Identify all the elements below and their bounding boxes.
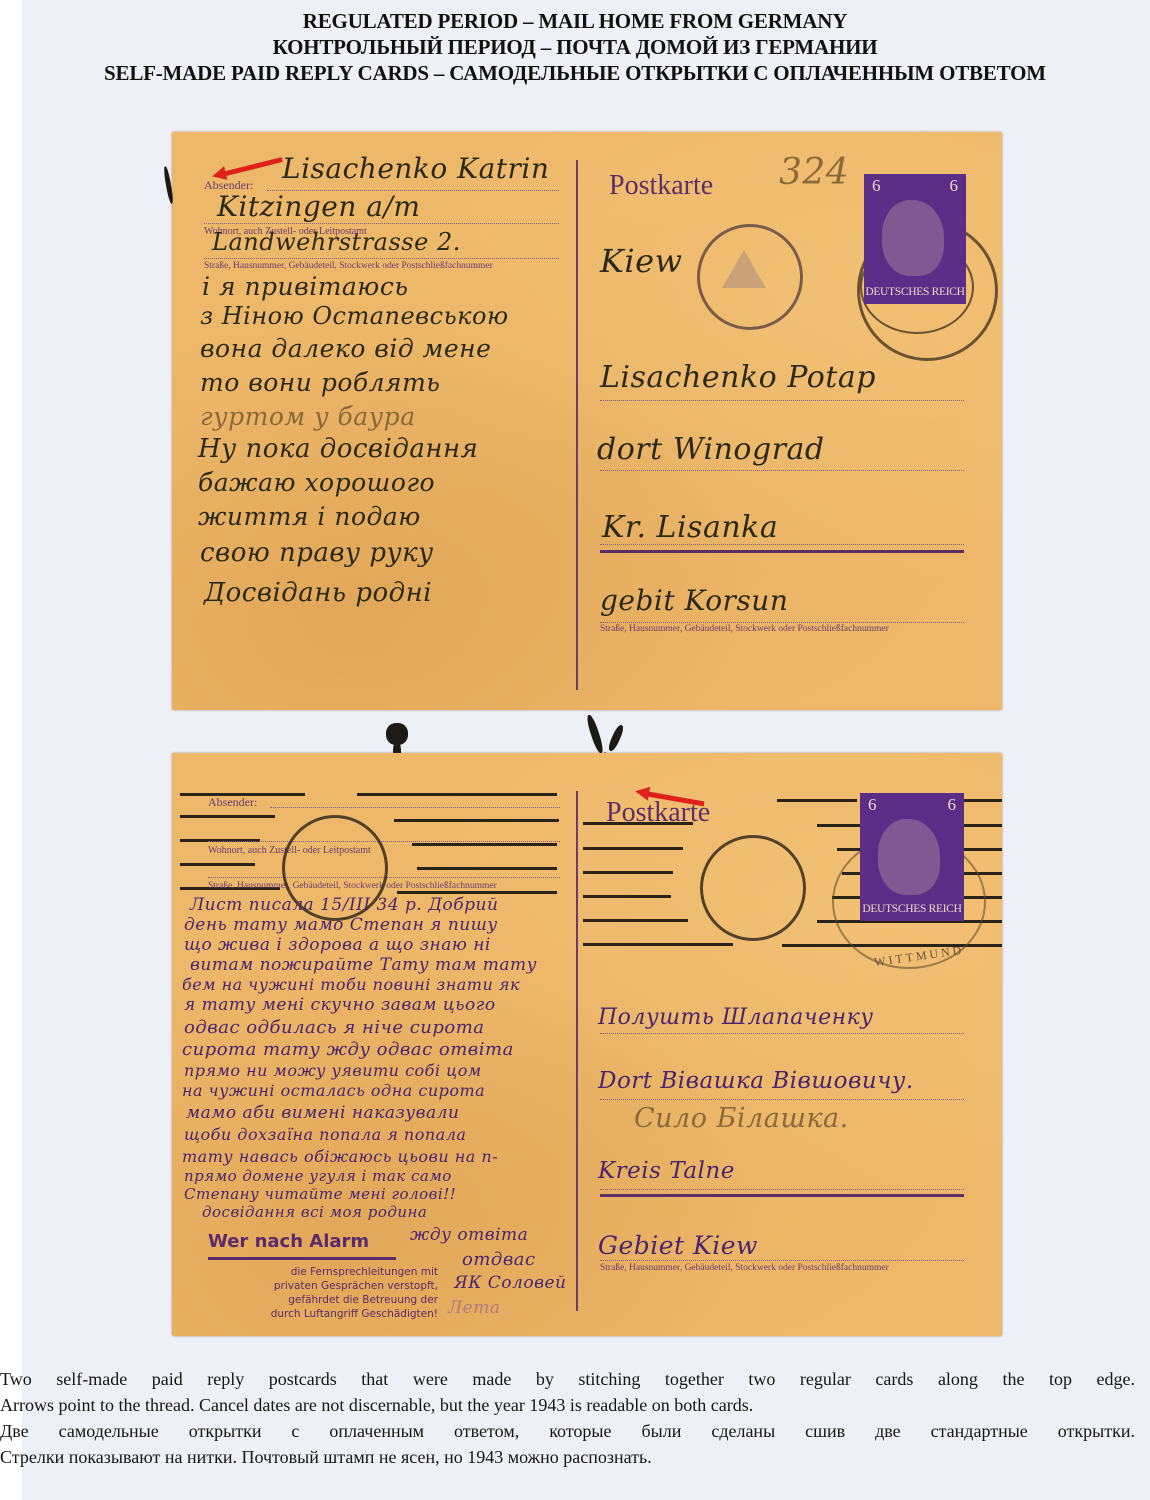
message-line: прямо домене угуля і так само [184,1167,452,1185]
caption-ru-2: Стрелки показывают на нитки. Почтовый шт… [0,1444,1135,1470]
dotted-rule [204,258,559,259]
dotted-rule [204,223,559,224]
notice-title: Wer nach Alarm [208,1231,369,1252]
message-line: вона далеко від мене [200,334,491,363]
dotted-rule [600,622,964,623]
dotted-rule [600,400,964,401]
address-line: Kreis Talne [598,1158,735,1184]
censor-circle [700,835,806,941]
notice-body: die Fernsprechleitungen mit privaten Ges… [242,1265,438,1321]
message-line: на чужині осталась одна сирота [182,1081,485,1100]
portrait-icon [878,819,940,895]
destination-city: Kiew [600,242,682,280]
stamp-value: 6 [868,795,877,815]
thread-arrow-icon [221,157,282,177]
message-line: з Ніною Остапевською [200,302,509,330]
notice-line: die Fernsprechleitungen mit [242,1265,438,1279]
message-line: отдвас [462,1249,536,1270]
postage-stamp: 6 6 DEUTSCHES REICH [864,174,966,304]
caption-en-2: Arrows point to the thread. Cancel dates… [0,1392,1135,1418]
address-line: Полушть Шлапаченку [598,1005,873,1030]
message-line: прямо ни можу уявити собі цом [184,1061,482,1080]
message-line: бем на чужині тоби повині знати як [182,975,520,994]
address-line: Сило Білашка. [634,1103,849,1134]
stamp-value: 6 [872,176,881,196]
portrait-icon [882,200,944,276]
notice-line: gefährdet die Betreuung der [242,1293,438,1307]
message-line: сирота тату жду одвас отвіта [182,1039,514,1060]
message-line: щоби дохзаїна попала я попала [184,1125,466,1144]
pencil-number: 324 [779,152,849,193]
dotted-rule [600,1099,964,1100]
message-line: Ну пока досвідання [198,434,478,464]
address-line: Dort Вівашка Вівшовичу. [598,1068,914,1094]
address-footer-label: Straße, Hausnummer, Gebäudeteil, Stockwe… [600,1263,889,1273]
dotted-rule [600,1260,964,1261]
sender-street: Landwehrstrasse 2. [212,228,461,256]
message-line: Лист писала 15/ІІІ 34 р. Добрий [190,895,498,915]
postkarte-title: Postkarte [609,170,713,202]
card-divider [576,160,578,690]
message-line: досвідання всі моя родина [202,1203,427,1221]
strasse-label: Straße, Hausnummer, Gebäudeteil, Stockwe… [204,261,493,271]
notice-underline [208,1257,396,1260]
solid-rule [600,1194,964,1197]
dotted-rule [600,544,964,545]
notice-line: durch Luftangriff Geschädigten! [242,1307,438,1321]
message-line: витам пожирайте Тату там тату [190,955,537,975]
solid-rule [600,550,964,553]
sender-name: Lisachenko Katrin [282,152,549,185]
dotted-rule [208,841,560,842]
address-line: gebit Korsun [600,584,788,617]
message-line: мамо аби вимені наказували [186,1103,459,1123]
dotted-rule [600,1033,964,1034]
postage-stamp: 6 6 DEUTSCHES REICH [860,793,964,921]
header-title-en: REGULATED PERIOD – MAIL HOME FROM GERMAN… [0,8,1150,34]
header-subtitle: SELF-MADE PAID REPLY CARDS – САМОДЕЛЬНЫЕ… [0,60,1150,86]
caption-en-1: Two self-made paid reply postcards that … [0,1366,1135,1392]
postcard-bottom: Absender: Wohnort, auch Zustell- oder Le… [172,753,1002,1336]
dotted-rule [600,1189,964,1190]
message-line: ЯК Соловей [454,1273,567,1293]
message-line: Лета [448,1298,501,1318]
message-line: Степану читайте мені голові!! [184,1185,456,1203]
message-line: і я привітаюсь [202,272,408,301]
stamp-value: 6 [950,176,959,196]
dotted-rule [270,807,560,808]
message-line: бажаю хорошого [198,468,435,497]
absender-label: Absender: [208,795,257,810]
caption: Two self-made paid reply postcards that … [0,1366,1135,1470]
message-line: життя і подаю [198,502,421,531]
stamp-country: DEUTSCHES REICH [864,286,966,298]
postcard-top: Absender: Wohnort, auch Zustell- oder Le… [172,132,1002,710]
stamp-country: DEUTSCHES REICH [860,903,964,915]
message-line: день тату мамо Степан я пишу [184,915,498,935]
message-line: гуртом у баура [200,402,416,431]
caption-ru-1: Две самодельные открытки с оплаченным от… [0,1418,1135,1444]
sender-city: Kitzingen a/m [217,190,420,223]
message-line: я тату мені скучно завам цього [184,995,496,1015]
header-title-ru: КОНТРОЛЬНЫЙ ПЕРИОД – ПОЧТА ДОМОЙ ИЗ ГЕРМ… [0,34,1150,60]
notice-line: privaten Gesprächen verstopft, [242,1279,438,1293]
message-line: одвас одбилась я ніче сирота [184,1017,485,1038]
page-header: REGULATED PERIOD – MAIL HOME FROM GERMAN… [0,8,1150,86]
address-footer-label: Straße, Hausnummer, Gebäudeteil, Stockwe… [600,624,889,634]
address-line: Lisachenko Potap [600,360,876,395]
censor-triangle-icon [722,250,766,288]
message-line: тату навась обіжаюсь цьови на п- [182,1147,498,1166]
message-line: жду отвіта [410,1225,528,1245]
message-line: то вони роблять [200,368,440,397]
stamp-value: 6 [948,795,957,815]
card-divider [576,791,578,1311]
address-line: Gebiet Kiew [598,1231,758,1260]
message-line: Досвідань родні [204,578,432,608]
address-line: Kr. Lisanka [602,510,778,545]
dotted-rule [600,470,964,471]
message-line: свою праву руку [200,538,434,568]
address-line: dort Winograd [597,432,825,467]
message-line: що жива і здорова а що знаю ні [184,935,491,955]
postkarte-title: Postkarte [606,797,710,829]
